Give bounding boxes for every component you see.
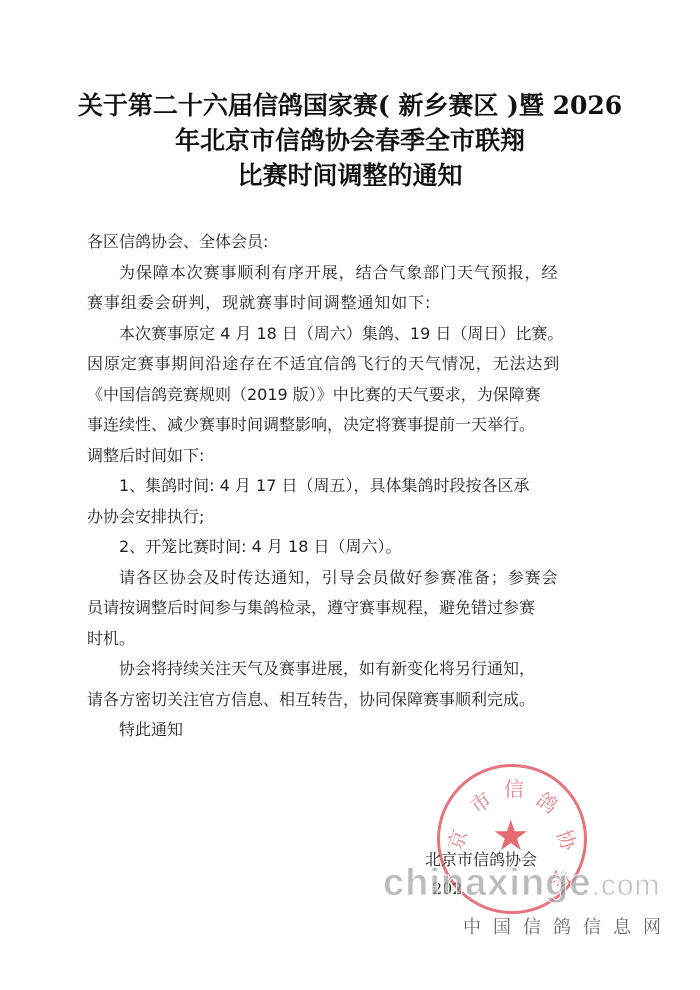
salutation: 各区信鸽协会、全体会员: — [87, 227, 627, 258]
paragraph-2-line-4: 事连续性、减少赛事时间调整影响，决定将赛事提前一天举行。 — [87, 410, 627, 441]
title-line-2: 年北京市信鸽协会春季全市联翔 — [60, 123, 640, 158]
item-1-line-1: 1、集鸽时间: 4 月 17 日（周五），具体集鸽时段按各区承 — [87, 471, 627, 502]
seal-char: 鸽 — [531, 784, 564, 819]
watermark-site-name: 中国信鸽信息网 — [463, 913, 673, 939]
item-2-line-1: 2、开笼比赛时间: 4 月 18 日（周六）。 — [87, 532, 627, 563]
seal-char: 协 — [551, 825, 585, 854]
item-1-line-2: 办协会安排执行; — [87, 502, 627, 533]
paragraph-2-line-5: 调整后时间如下: — [87, 441, 627, 472]
paragraph-2-line-2: 因原定赛事期间沿途存在不适宜信鸽飞行的天气情况，无法达到 — [87, 349, 627, 380]
title-line-3: 比赛时间调整的通知 — [60, 158, 640, 193]
watermark-domain-suffix: .com — [592, 869, 661, 902]
seal-char: 信 — [504, 773, 524, 802]
paragraph-2-line-1: 本次赛事原定 4 月 18 日（周六）集鸽、19 日（周日）比赛。 — [87, 319, 627, 350]
paragraph-2-line-3: 《中国信鸽竞赛规则（2019 版）》中比赛的天气要求，为保障赛 — [87, 380, 627, 411]
closing-remark: 特此通知 — [87, 715, 627, 746]
paragraph-3-line-3: 时机。 — [87, 624, 627, 655]
paragraph-3-line-1: 请各区协会及时传达通知，引导会员做好参赛准备；参赛会 — [87, 563, 627, 594]
paragraph-1-line-1: 为保障本次赛事顺利有序开展，结合气象部门天气预报，经 — [87, 258, 627, 289]
document-page: 关于第二十六届信鸽国家赛( 新乡赛区 )暨 2026 年北京市信鸽协会春季全市联… — [0, 0, 700, 990]
paragraph-4-line-1: 协会将持续关注天气及赛事进展，如有新变化将另行通知， — [87, 654, 627, 685]
notice-title: 关于第二十六届信鸽国家赛( 新乡赛区 )暨 2026 年北京市信鸽协会春季全市联… — [60, 88, 640, 193]
paragraph-3-line-2: 员请按调整后时间参与集鸽检录，遵守赛事规程，避免错过参赛 — [87, 593, 627, 624]
paragraph-1-line-2: 赛事组委会研判，现就赛事时间调整通知如下: — [87, 288, 627, 319]
notice-body: 各区信鸽协会、全体会员: 为保障本次赛事顺利有序开展，结合气象部门天气预报，经 … — [87, 227, 627, 746]
title-line-1: 关于第二十六届信鸽国家赛( 新乡赛区 )暨 2026 — [60, 88, 640, 123]
site-watermark: chinaxinge.com — [383, 862, 661, 905]
paragraph-4-line-2: 请各方密切关注官方信息、相互转告，协同保障赛事顺利完成。 — [87, 685, 627, 716]
watermark-domain: chinaxinge — [383, 862, 592, 904]
